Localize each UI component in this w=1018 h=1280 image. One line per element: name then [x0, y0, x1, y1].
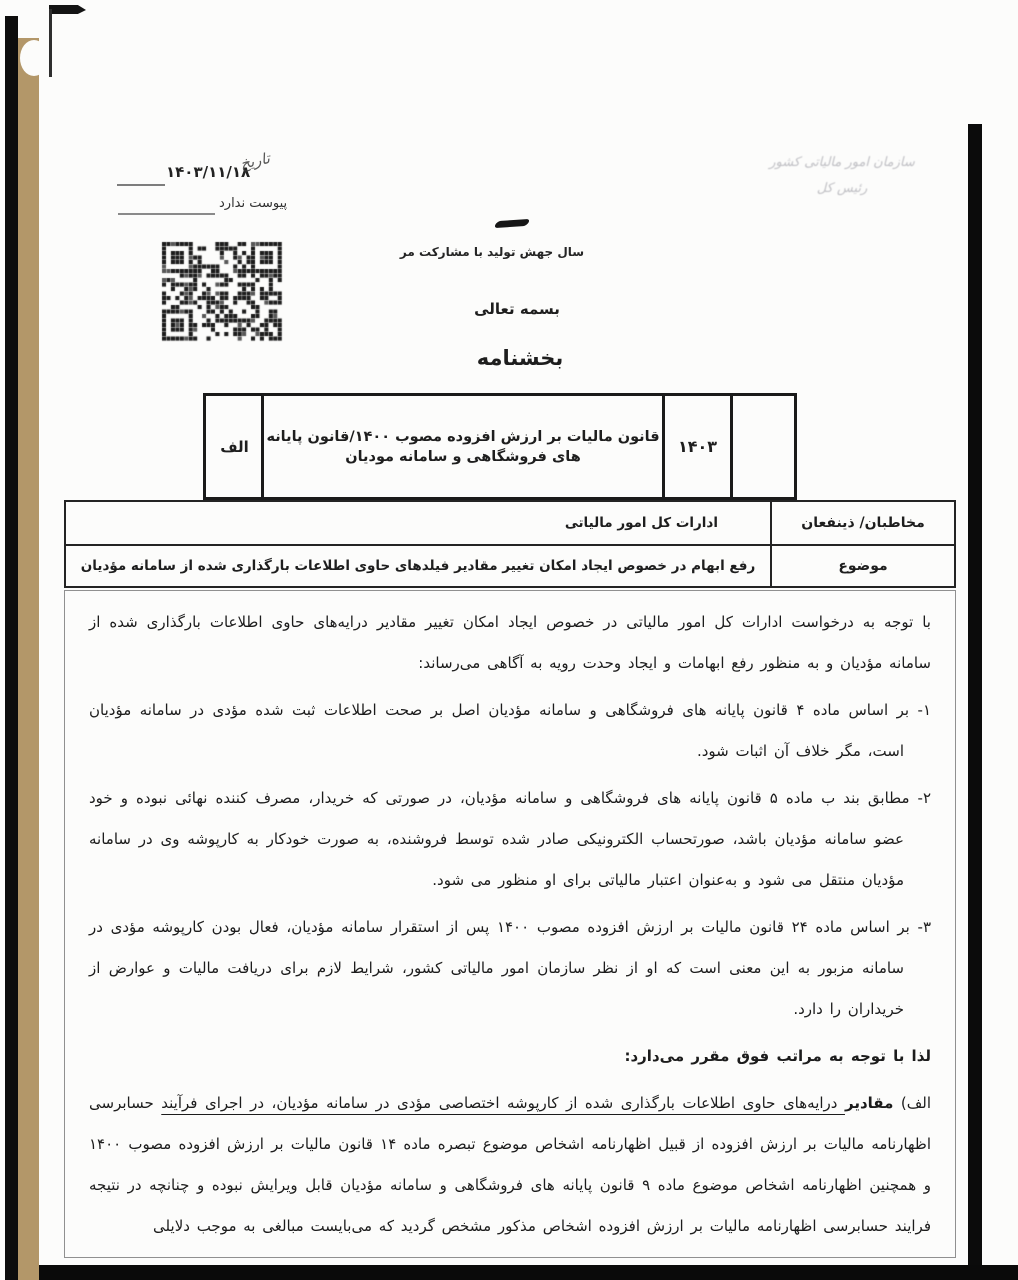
document-type-title: بخشنامه — [390, 346, 650, 370]
stamp-line1: سازمان امور مالیاتی کشور — [750, 150, 934, 176]
info-table: مخاطبان/ ذینفعان ادارات کل امور مالیاتی … — [64, 500, 956, 588]
clause-a-label: الف) — [893, 1094, 931, 1112]
circular-body: با توجه به درخواست ادارات کل امور مالیات… — [64, 590, 956, 1258]
scan-flag-artifact — [49, 5, 86, 14]
scan-notch-artifact — [20, 40, 48, 76]
clause-a-bold-word: مقادیر — [845, 1094, 893, 1112]
classification-table: ۱۴۰۳ قانون مالیات بر ارزش افزوده مصوب ۱۴… — [203, 393, 797, 500]
audience-value: ادارات کل امور مالیاتی — [66, 502, 770, 544]
date-value: ۱۴۰۳/۱۱/۱۸ — [166, 163, 250, 181]
attachment-note: پیوست ندارد — [219, 196, 287, 211]
subject-label: موضوع — [770, 546, 954, 586]
scan-edge-tan-strip — [18, 38, 39, 1280]
clause-a-underlined-text: درایه‌های حاوی اطلاعات بارگذاری شده از ک… — [161, 1094, 845, 1112]
class-cell-year: ۱۴۰۳ — [662, 396, 730, 497]
scan-dash-artifact — [494, 219, 531, 228]
date-label: تاریخ — [238, 149, 271, 173]
stamp-line2: رئیس کل — [750, 176, 934, 202]
clause-a-paragraph: الف) مقادیر درایه‌های حاوی اطلاعات بارگذ… — [89, 1083, 931, 1247]
year-slogan: سال جهش تولید با مشارکت مر — [367, 245, 617, 259]
law-title-line1: قانون مالیات بر ارزش افزوده مصوب ۱۴۰۰/قا… — [266, 427, 659, 447]
clause-a-rest-text: حسابرسی اظهارنامه مالیات بر ارزش افزوده … — [89, 1094, 931, 1235]
class-cell-law-title: قانون مالیات بر ارزش افزوده مصوب ۱۴۰۰/قا… — [261, 396, 662, 497]
subject-value: رفع ابهام در خصوص ایجاد امکان تغییر مقاد… — [66, 546, 770, 586]
attachment-rule-line — [118, 213, 215, 215]
item-3: ۳- بر اساس ماده ۲۴ قانون مالیات بر ارزش … — [89, 907, 931, 1030]
scan-edge-bottom-bar — [39, 1265, 1018, 1280]
date-rule-line — [117, 184, 165, 186]
intro-paragraph: با توجه به درخواست ادارات کل امور مالیات… — [89, 602, 931, 684]
subject-row: موضوع رفع ابهام در خصوص ایجاد امکان تغیی… — [66, 544, 954, 586]
item-2: ۲- مطابق بند ب ماده ۵ قانون پایانه های ف… — [89, 778, 931, 901]
scan-edge-right-bar — [968, 124, 982, 1280]
item-1: ۱- بر اساس ماده ۴ قانون پایانه های فروشگ… — [89, 690, 931, 772]
scan-edge-left-bar — [5, 16, 18, 1280]
document-page: ۱۴۰۳/۱۱/۱۸ تاریخ پیوست ندارد سازمان امور… — [0, 0, 1018, 1280]
qr-code — [159, 239, 285, 345]
class-cell-code: الف — [208, 396, 261, 497]
decree-intro: لذا با توجه به مراتب فوق مقرر می‌دارد: — [89, 1036, 931, 1077]
law-title-line2: های فروشگاهی و سامانه مودیان — [345, 447, 581, 467]
class-cell-serial — [730, 396, 794, 497]
scan-flag-stem-artifact — [49, 9, 52, 77]
letterhead-stamp: سازمان امور مالیاتی کشور رئیس کل — [750, 150, 934, 202]
audience-row: مخاطبان/ ذینفعان ادارات کل امور مالیاتی — [66, 502, 954, 544]
basmala-text: بسمه تعالی — [392, 300, 642, 318]
audience-label: مخاطبان/ ذینفعان — [770, 502, 954, 544]
